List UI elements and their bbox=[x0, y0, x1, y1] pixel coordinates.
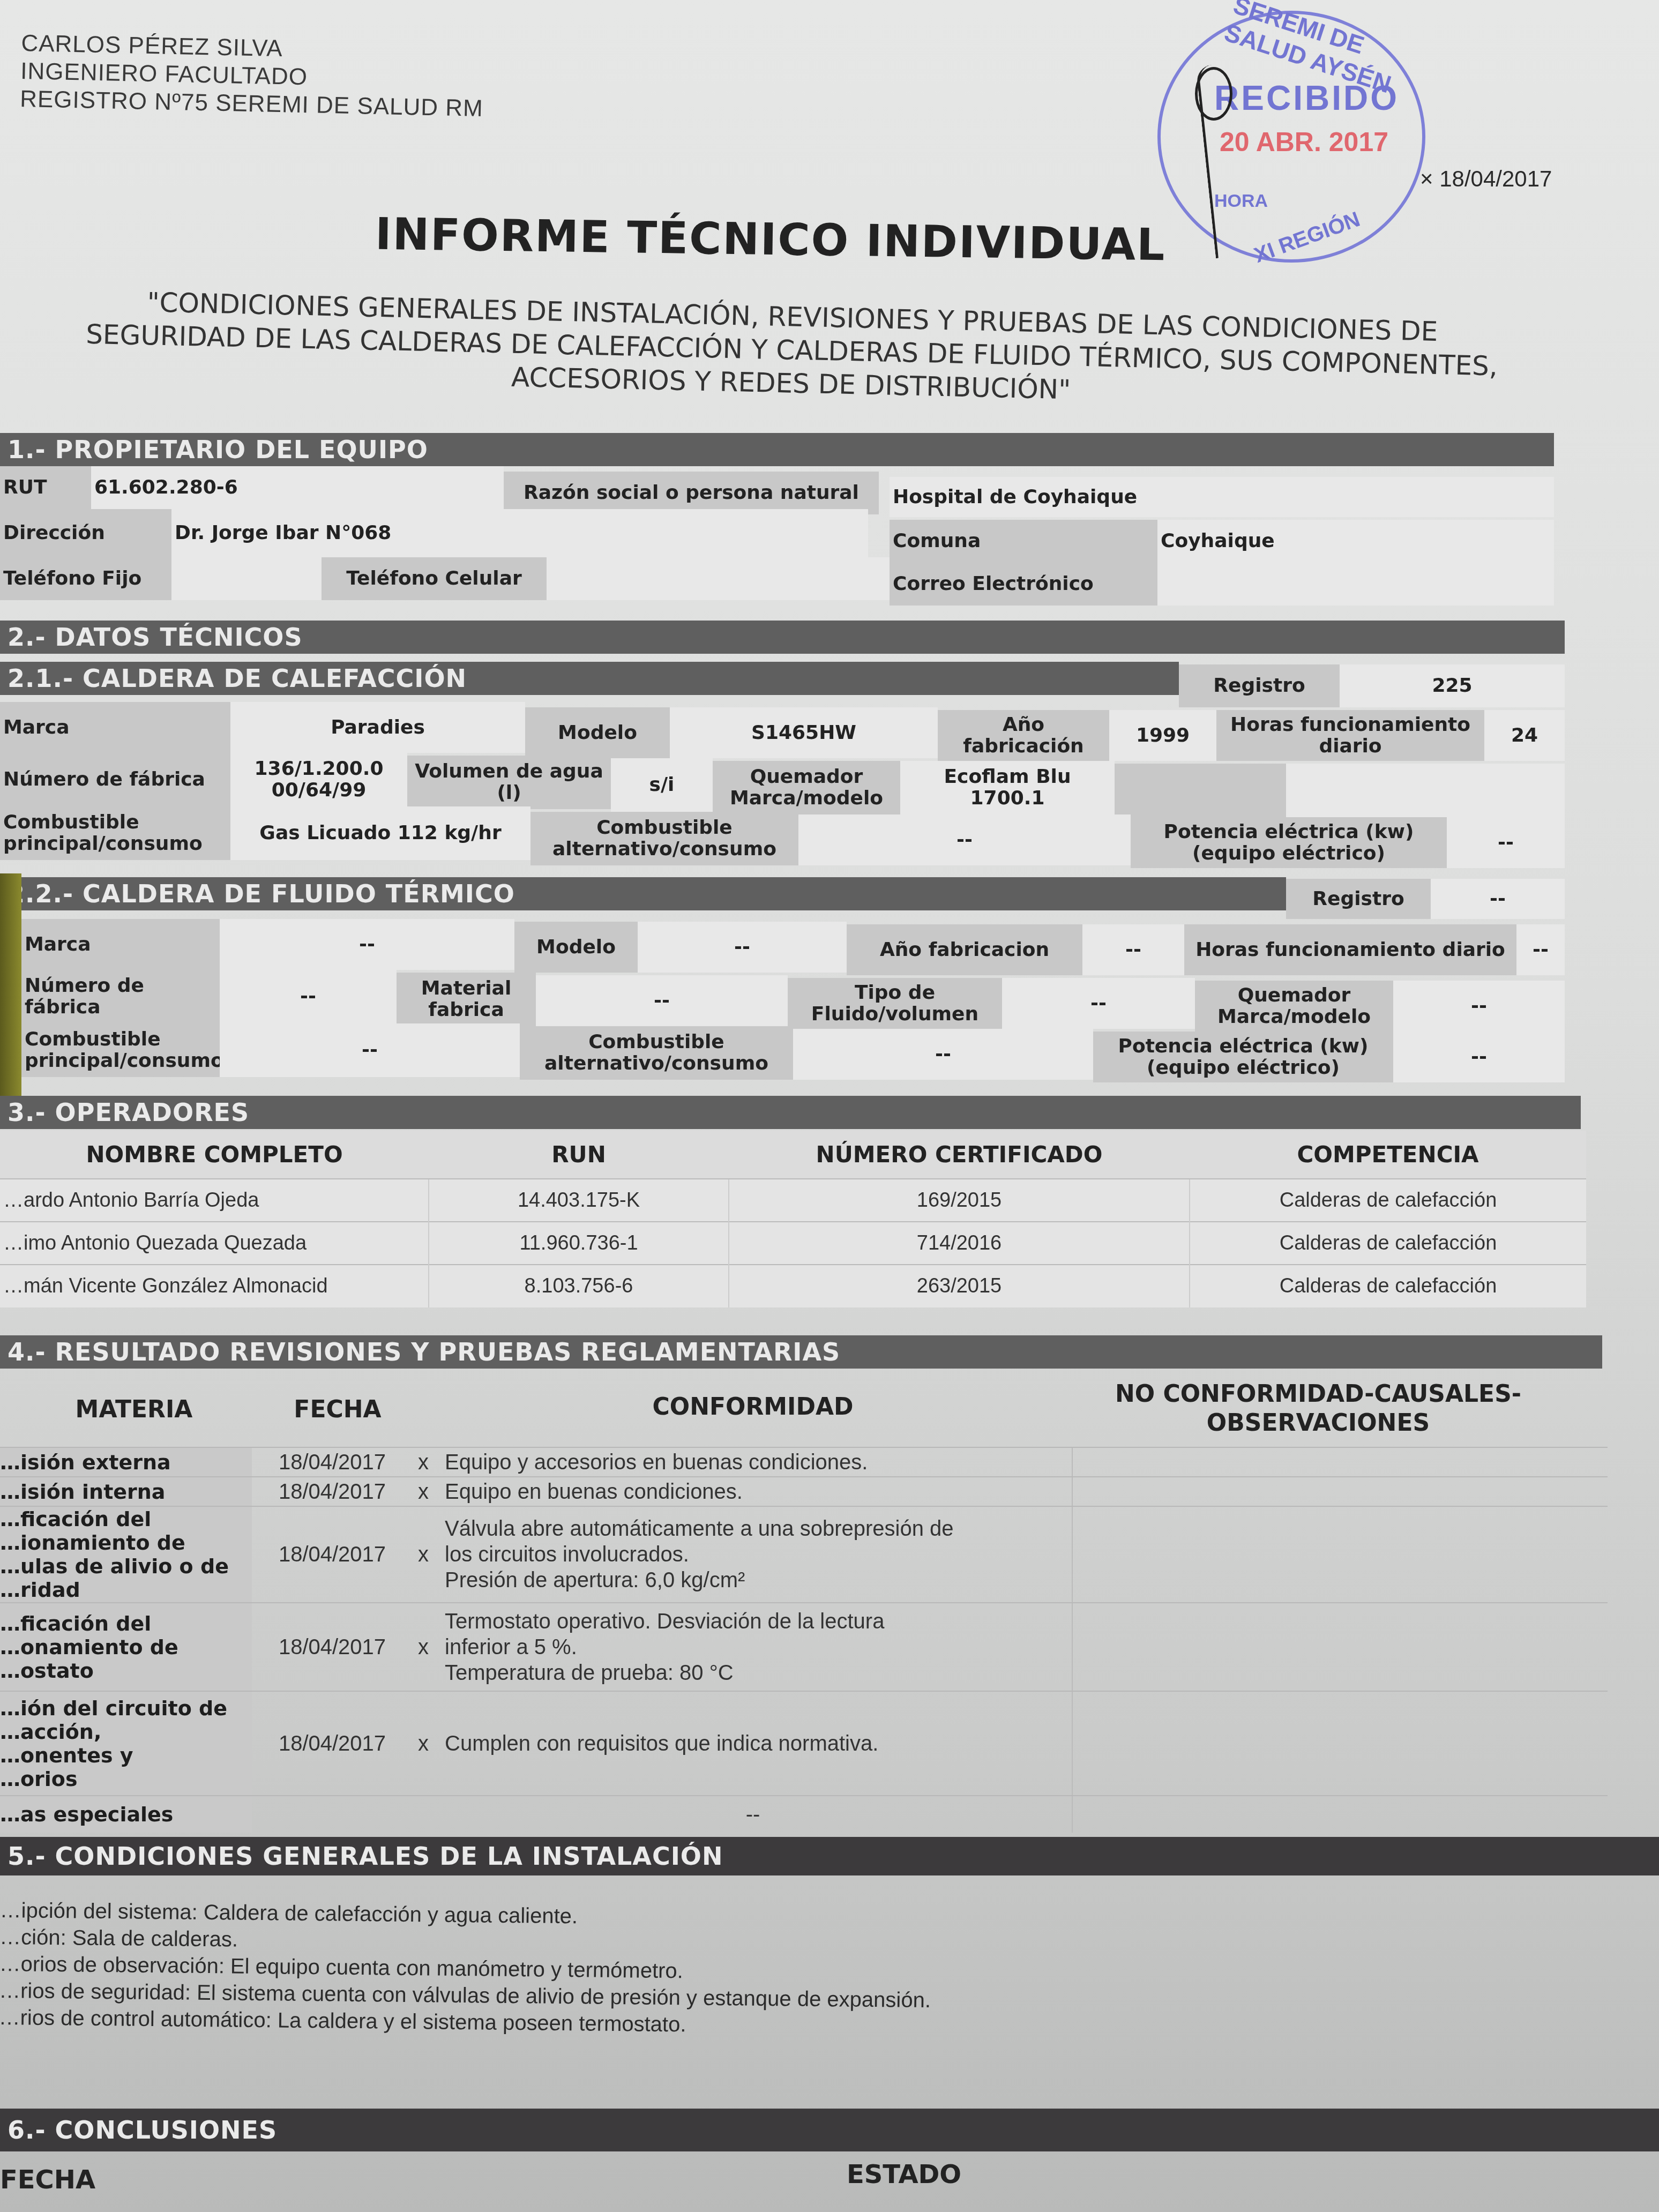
rut-value: 61.602.280-6 bbox=[91, 466, 504, 509]
cal-volumen-label: Volumen de agua (l) bbox=[407, 756, 611, 809]
result-fecha: 18/04/2017 bbox=[257, 1731, 407, 1755]
document-subtitle: "CONDICIONES GENERALES DE INSTALACIÓN, R… bbox=[68, 284, 1516, 416]
result-conformidad: -- bbox=[445, 1802, 1061, 1827]
result-conformidad: Equipo en buenas condiciones. bbox=[445, 1479, 1061, 1505]
flu-quemador-label: Quemador Marca/modelo bbox=[1195, 981, 1393, 1032]
reception-stamp: SEREMI DE SALUD AYSÉN RECIBIDO 20 ABR. 2… bbox=[1157, 11, 1425, 263]
col-no-conformidad: NO CONFORMIDAD-CAUSALES-OBSERVACIONES bbox=[1098, 1380, 1538, 1438]
tel-fijo-label: Teléfono Fijo bbox=[0, 557, 171, 600]
section-owner-bar: 1.- PROPIETARIO DEL EQUIPO bbox=[0, 433, 1554, 466]
correo-value bbox=[1157, 563, 1554, 606]
result-check-mark: x bbox=[418, 1543, 429, 1567]
result-materia: …ión del circuito de…acción,…onentes y…o… bbox=[0, 1692, 252, 1795]
result-materia: …isión externa bbox=[0, 1448, 252, 1476]
result-fecha: 18/04/2017 bbox=[257, 1479, 407, 1504]
engineer-header: CARLOS PÉREZ SILVA INGENIERO FACULTADO R… bbox=[20, 29, 485, 123]
table-row: …ardo Antonio Barría Ojeda 14.403.175-K … bbox=[0, 1179, 1586, 1222]
cal-modelo-value: S1465HW bbox=[670, 707, 938, 758]
table-row: …ión del circuito de…acción,…onentes y…o… bbox=[0, 1691, 1608, 1795]
col-conformidad: CONFORMIDAD bbox=[445, 1393, 1061, 1421]
flu-quemador-value: -- bbox=[1393, 981, 1565, 1032]
flu-marca-label: Marca bbox=[21, 919, 220, 970]
flu-registro-label: Registro bbox=[1286, 879, 1431, 919]
result-conformidad: Termostato operativo. Desviación de la l… bbox=[445, 1609, 1061, 1686]
cal-comb-principal-value: Gas Licuado 112 kg/hr bbox=[230, 806, 530, 860]
flu-comb-principal-label: Combustible principal/consumo bbox=[21, 1023, 220, 1077]
operator-certificado: 169/2015 bbox=[729, 1179, 1190, 1222]
flu-comb-alt-label: Combustible alternativo/consumo bbox=[520, 1026, 793, 1080]
concl-col-estado: ESTADO bbox=[847, 2159, 961, 2189]
result-materia: …isión interna bbox=[0, 1477, 252, 1506]
comuna-value: Coyhaique bbox=[1157, 520, 1554, 563]
flu-tipo-label: Tipo de Fluido/volumen bbox=[788, 978, 1002, 1029]
conditions-list: …ipción del sistema: Caldera de calefacc… bbox=[0, 1897, 932, 2041]
flu-material-value: -- bbox=[536, 975, 788, 1026]
col-run: RUN bbox=[429, 1131, 729, 1179]
cal-comb-principal-label: Combustible principal/consumo bbox=[0, 806, 230, 860]
flu-horas-label: Horas funcionamiento diario bbox=[1184, 924, 1516, 975]
operator-name: …ardo Antonio Barría Ojeda bbox=[0, 1179, 429, 1222]
table-row: …imo Antonio Quezada Quezada 11.960.736-… bbox=[0, 1222, 1586, 1265]
table-row: …mán Vicente González Almonacid 8.103.75… bbox=[0, 1265, 1586, 1307]
col-competencia: COMPETENCIA bbox=[1190, 1131, 1586, 1179]
cal-registro-value: 225 bbox=[1340, 664, 1565, 707]
result-observaciones bbox=[1072, 1507, 1608, 1602]
result-observaciones bbox=[1072, 1796, 1608, 1833]
section-results-bar: 4.- RESULTADO REVISIONES Y PRUEBAS REGLA… bbox=[0, 1335, 1602, 1369]
result-conformidad: Cumplen con requisitos que indica normat… bbox=[445, 1731, 1061, 1757]
flu-numfab-label: Número de fábrica bbox=[21, 970, 220, 1023]
operator-competencia: Calderas de calefacción bbox=[1190, 1222, 1586, 1265]
tel-fijo-value bbox=[171, 557, 322, 600]
cal-numfab-label: Número de fábrica bbox=[0, 753, 230, 806]
document-title: INFORME TÉCNICO INDIVIDUAL bbox=[375, 209, 1166, 271]
cal-quemador-value: Ecoflam Blu 1700.1 bbox=[900, 761, 1115, 814]
stamp-region: XI REGIÓN bbox=[1251, 207, 1364, 268]
col-nombre: NOMBRE COMPLETO bbox=[0, 1131, 429, 1179]
cal-modelo-label: Modelo bbox=[525, 707, 670, 758]
comuna-label: Comuna bbox=[890, 520, 1157, 563]
operator-name: …imo Antonio Quezada Quezada bbox=[0, 1222, 429, 1265]
cal-potencia-label: Potencia eléctrica (kw) (equipo eléctric… bbox=[1131, 817, 1447, 868]
tel-cel-value bbox=[547, 557, 890, 600]
result-observaciones bbox=[1072, 1692, 1608, 1795]
cal-horas-label: Horas funcionamiento diario bbox=[1216, 710, 1484, 761]
operator-run: 11.960.736-1 bbox=[429, 1222, 729, 1265]
tel-cel-label: Teléfono Celular bbox=[322, 557, 547, 600]
cal-marca-value: Paradies bbox=[230, 702, 525, 753]
col-materia: MATERIA bbox=[21, 1396, 246, 1423]
direccion-label: Dirección bbox=[0, 509, 171, 557]
operator-competencia: Calderas de calefacción bbox=[1190, 1265, 1586, 1307]
table-row: …isión interna18/04/2017xEquipo en buena… bbox=[0, 1476, 1608, 1506]
rut-label: RUT bbox=[0, 466, 91, 509]
result-check-mark: x bbox=[418, 1731, 429, 1755]
flu-comb-alt-value: -- bbox=[793, 1029, 1093, 1080]
section-operators-bar: 3.- OPERADORES bbox=[0, 1096, 1581, 1129]
flu-comb-principal-value: -- bbox=[220, 1023, 520, 1077]
razon-value: Hospital de Coyhaique bbox=[890, 477, 1554, 517]
operator-certificado: 714/2016 bbox=[729, 1222, 1190, 1265]
stamp-date: 20 ABR. 2017 bbox=[1220, 126, 1388, 158]
foreign-object-edge bbox=[0, 873, 21, 1120]
operator-name: …mán Vicente González Almonacid bbox=[0, 1265, 429, 1307]
flu-potencia-label: Potencia eléctrica (kw) (equipo eléctric… bbox=[1093, 1032, 1393, 1082]
section-tech-bar: 2.- DATOS TÉCNICOS bbox=[0, 621, 1565, 654]
result-materia: …ficación del…ionamiento de…ulas de aliv… bbox=[0, 1507, 252, 1602]
direccion-value: Dr. Jorge Ibar N°068 bbox=[171, 509, 868, 557]
result-materia: …ficación del…onamiento de…ostato bbox=[0, 1603, 252, 1691]
result-materia: …as especiales bbox=[0, 1796, 252, 1833]
operator-run: 8.103.756-6 bbox=[429, 1265, 729, 1307]
cal-anio-label: Año fabricación bbox=[938, 710, 1109, 761]
cal-comb-alt-label: Combustible alternativo/consumo bbox=[530, 812, 798, 865]
document-page: CARLOS PÉREZ SILVA INGENIERO FACULTADO R… bbox=[0, 0, 1659, 2212]
fluido-grid: Registro -- Marca -- Modelo -- Año fabri… bbox=[0, 879, 1565, 1072]
result-observaciones bbox=[1072, 1477, 1608, 1506]
result-observaciones bbox=[1072, 1448, 1608, 1476]
table-row: …isión externa18/04/2017xEquipo y acceso… bbox=[0, 1447, 1608, 1476]
cal-marca-label: Marca bbox=[0, 702, 230, 753]
cal-blank-label bbox=[1115, 764, 1286, 817]
flu-anio-value: -- bbox=[1082, 924, 1184, 975]
cal-comb-alt-value: -- bbox=[798, 814, 1131, 865]
flu-modelo-label: Modelo bbox=[514, 922, 638, 973]
result-fecha: 18/04/2017 bbox=[257, 1450, 407, 1474]
result-check-mark: x bbox=[418, 1635, 429, 1659]
flu-material-label: Material fabrica bbox=[397, 973, 536, 1026]
flu-horas-value: -- bbox=[1516, 924, 1565, 975]
flu-anio-label: Año fabricacion bbox=[847, 924, 1082, 975]
operators-header-row: NOMBRE COMPLETO RUN NÚMERO CERTIFICADO C… bbox=[0, 1131, 1586, 1179]
section-conditions-bar: 5.- CONDICIONES GENERALES DE LA INSTALAC… bbox=[0, 1837, 1659, 1875]
result-check-mark: x bbox=[418, 1450, 429, 1474]
flu-modelo-value: -- bbox=[638, 922, 847, 973]
owner-grid: RUT 61.602.280-6 Razón social o persona … bbox=[0, 466, 1554, 606]
operators-table: NOMBRE COMPLETO RUN NÚMERO CERTIFICADO C… bbox=[0, 1131, 1586, 1307]
flu-registro-value: -- bbox=[1431, 879, 1565, 919]
table-row: …ficación del…onamiento de…ostato18/04/2… bbox=[0, 1602, 1608, 1691]
col-certificado: NÚMERO CERTIFICADO bbox=[729, 1131, 1190, 1179]
flu-potencia-value: -- bbox=[1393, 1032, 1565, 1082]
correo-label: Correo Electrónico bbox=[890, 563, 1157, 606]
cal-numfab-value: 136/1.200.0 00/64/99 bbox=[230, 753, 407, 806]
concl-col-fecha: FECHA bbox=[0, 2165, 95, 2195]
result-observaciones bbox=[1072, 1603, 1608, 1691]
cal-quemador-label: Quemador Marca/modelo bbox=[713, 761, 900, 814]
cal-anio-value: 1999 bbox=[1109, 710, 1216, 761]
operator-competencia: Calderas de calefacción bbox=[1190, 1179, 1586, 1222]
operator-certificado: 263/2015 bbox=[729, 1265, 1190, 1307]
result-fecha: 18/04/2017 bbox=[257, 1635, 407, 1659]
report-date: × 18/04/2017 bbox=[1420, 166, 1552, 192]
cal-potencia-value: -- bbox=[1447, 817, 1565, 868]
result-check-mark: x bbox=[418, 1479, 429, 1504]
section-conclusions-bar: 6.- CONCLUSIONES bbox=[0, 2109, 1659, 2151]
cal-volumen-value: s/i bbox=[611, 758, 713, 812]
cal-blank-value bbox=[1286, 764, 1565, 817]
col-fecha: FECHA bbox=[257, 1396, 418, 1423]
result-conformidad: Equipo y accesorios en buenas condicione… bbox=[445, 1449, 1061, 1475]
table-row: …as especiales-- bbox=[0, 1795, 1608, 1833]
cal-registro-label: Registro bbox=[1179, 664, 1340, 707]
flu-numfab-value: -- bbox=[220, 970, 397, 1023]
flu-marca-value: -- bbox=[220, 919, 514, 970]
operator-run: 14.403.175-K bbox=[429, 1179, 729, 1222]
calefaccion-grid: Registro 225 Marca Paradies Modelo S1465… bbox=[0, 664, 1565, 857]
result-conformidad: Válvula abre automáticamente a una sobre… bbox=[445, 1516, 1061, 1593]
table-row: …ficación del…ionamiento de…ulas de aliv… bbox=[0, 1506, 1608, 1602]
result-fecha: 18/04/2017 bbox=[257, 1543, 407, 1567]
stamp-status: RECIBIDO bbox=[1214, 78, 1399, 118]
razon-label: Razón social o persona natural bbox=[504, 472, 879, 514]
cal-horas-value: 24 bbox=[1484, 710, 1565, 761]
flu-tipo-value: -- bbox=[1002, 978, 1195, 1029]
